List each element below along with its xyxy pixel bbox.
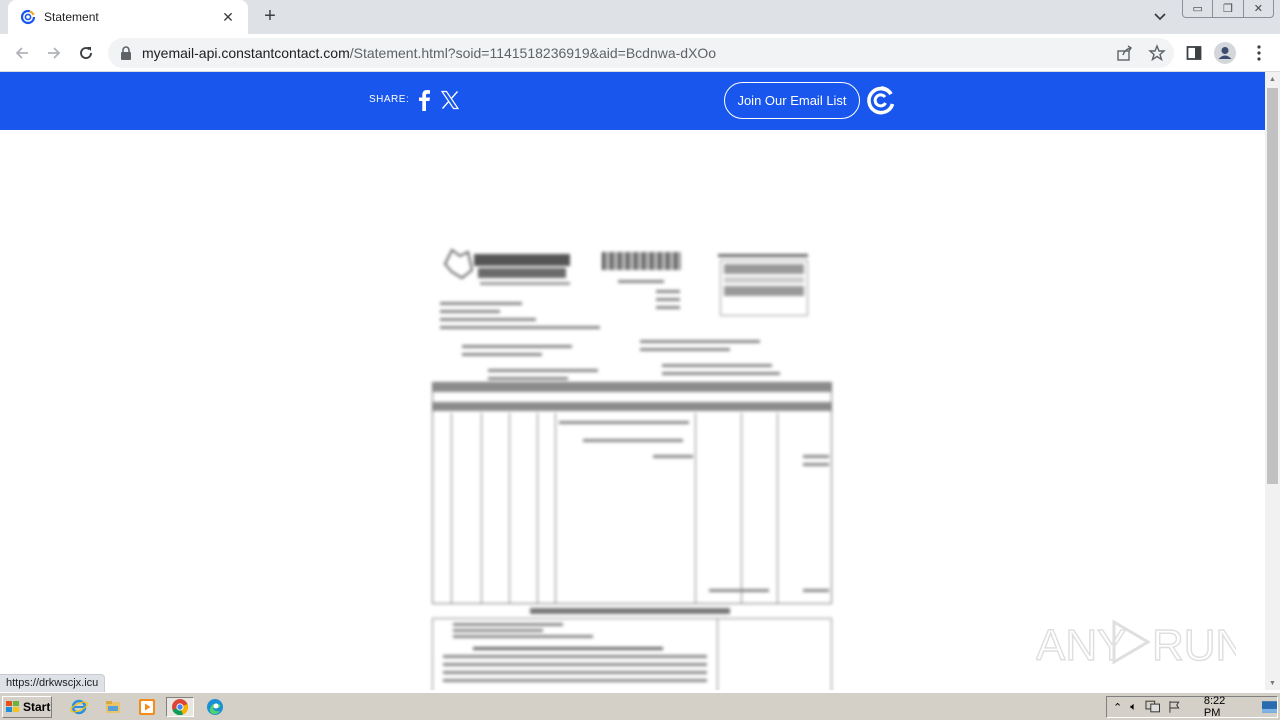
- scroll-thumb[interactable]: [1267, 88, 1278, 484]
- media-player-icon: [138, 698, 156, 716]
- tab-statement[interactable]: Statement ✕: [8, 0, 248, 34]
- start-label: Start: [23, 700, 50, 714]
- back-icon: [13, 44, 31, 62]
- browser-toolbar: myemail-api.constantcontact.com/Statemen…: [0, 34, 1280, 72]
- thank-you-line: [530, 608, 730, 614]
- url-path: /Statement.html?soid=1141518236919&aid=B…: [350, 45, 716, 61]
- restore-button[interactable]: ❐: [1213, 0, 1243, 17]
- star-icon[interactable]: [1148, 44, 1166, 62]
- side-panel-button[interactable]: [1183, 42, 1205, 64]
- reload-button[interactable]: [75, 42, 97, 64]
- taskbar-media-player[interactable]: [136, 697, 158, 717]
- page-viewport: SHARE: Join Our Email List: [0, 72, 1265, 690]
- volume-icon[interactable]: 🔈︎: [1130, 701, 1137, 714]
- reload-icon: [77, 44, 95, 62]
- profile-icon: [1214, 42, 1236, 64]
- chrome-menu-button[interactable]: [1248, 42, 1270, 64]
- tab-title: Statement: [44, 10, 220, 24]
- scroll-up-arrow[interactable]: ▲: [1265, 72, 1280, 86]
- internet-explorer-icon: [70, 698, 88, 716]
- statement-image: [430, 240, 834, 690]
- close-tab-icon[interactable]: ✕: [220, 9, 236, 26]
- svg-text:RUN: RUN: [1152, 621, 1236, 670]
- side-panel-icon: [1186, 45, 1202, 61]
- clock[interactable]: 8:22 PM: [1204, 695, 1244, 719]
- menu-icon: [1256, 44, 1262, 62]
- file-explorer-icon: [104, 698, 122, 716]
- show-hidden-icons-icon[interactable]: ⌃: [1113, 701, 1122, 714]
- new-tab-button[interactable]: +: [260, 6, 280, 26]
- taskbar-file-explorer[interactable]: [102, 697, 124, 717]
- taskbar-internet-explorer[interactable]: [68, 697, 90, 717]
- taskbar: Start ⌃ 🔈︎ 8:22 PM: [0, 692, 1280, 720]
- chrome-icon: [171, 698, 189, 716]
- close-window-button[interactable]: ✕: [1244, 0, 1273, 17]
- barcode: [602, 252, 682, 270]
- show-desktop-icon[interactable]: [1262, 701, 1277, 713]
- system-tray: ⌃ 🔈︎ 8:22 PM: [1106, 696, 1278, 718]
- link-status-bubble: https://drkwscjx.icu: [0, 674, 105, 692]
- action-center-flag-icon[interactable]: [1168, 700, 1182, 714]
- share-icon[interactable]: [1116, 44, 1134, 62]
- share-bar: SHARE: Join Our Email List: [0, 72, 1265, 130]
- back-button[interactable]: [11, 42, 33, 64]
- url-host: myemail-api.constantcontact.com: [142, 45, 350, 61]
- taskbar-edge[interactable]: [204, 697, 226, 717]
- constant-contact-logo-icon[interactable]: [865, 84, 897, 116]
- minimize-button[interactable]: ▭: [1183, 0, 1213, 17]
- edge-icon: [206, 698, 224, 716]
- profile-button[interactable]: [1214, 42, 1236, 64]
- start-button[interactable]: Start: [2, 696, 52, 718]
- join-email-list-button[interactable]: Join Our Email List: [724, 82, 860, 119]
- line-items-table: [432, 382, 832, 604]
- scroll-down-arrow[interactable]: ▼: [1265, 676, 1280, 690]
- forward-button[interactable]: [43, 42, 65, 64]
- document-logo: [440, 244, 575, 292]
- x-icon[interactable]: [440, 90, 460, 110]
- charge-box: [720, 260, 808, 316]
- page-scrollbar[interactable]: ▲ ▼: [1265, 72, 1280, 690]
- disclaimer-section: [432, 618, 832, 690]
- tab-strip: Statement ✕ + ▭ ❐ ✕: [0, 0, 1280, 34]
- anyrun-watermark: ANY RUN: [1036, 612, 1236, 672]
- forward-icon: [45, 44, 63, 62]
- taskbar-chrome[interactable]: [166, 697, 194, 717]
- window-controls: ▭ ❐ ✕: [1182, 0, 1274, 18]
- windows-flag-icon: [6, 701, 20, 713]
- chevron-down-icon[interactable]: [1152, 8, 1168, 24]
- lock-icon[interactable]: [120, 46, 132, 60]
- constant-contact-icon: [20, 9, 36, 25]
- share-label: SHARE:: [369, 94, 409, 105]
- network-icon[interactable]: [1145, 700, 1160, 714]
- facebook-icon[interactable]: [417, 89, 431, 111]
- address-bar[interactable]: myemail-api.constantcontact.com/Statemen…: [108, 38, 1174, 68]
